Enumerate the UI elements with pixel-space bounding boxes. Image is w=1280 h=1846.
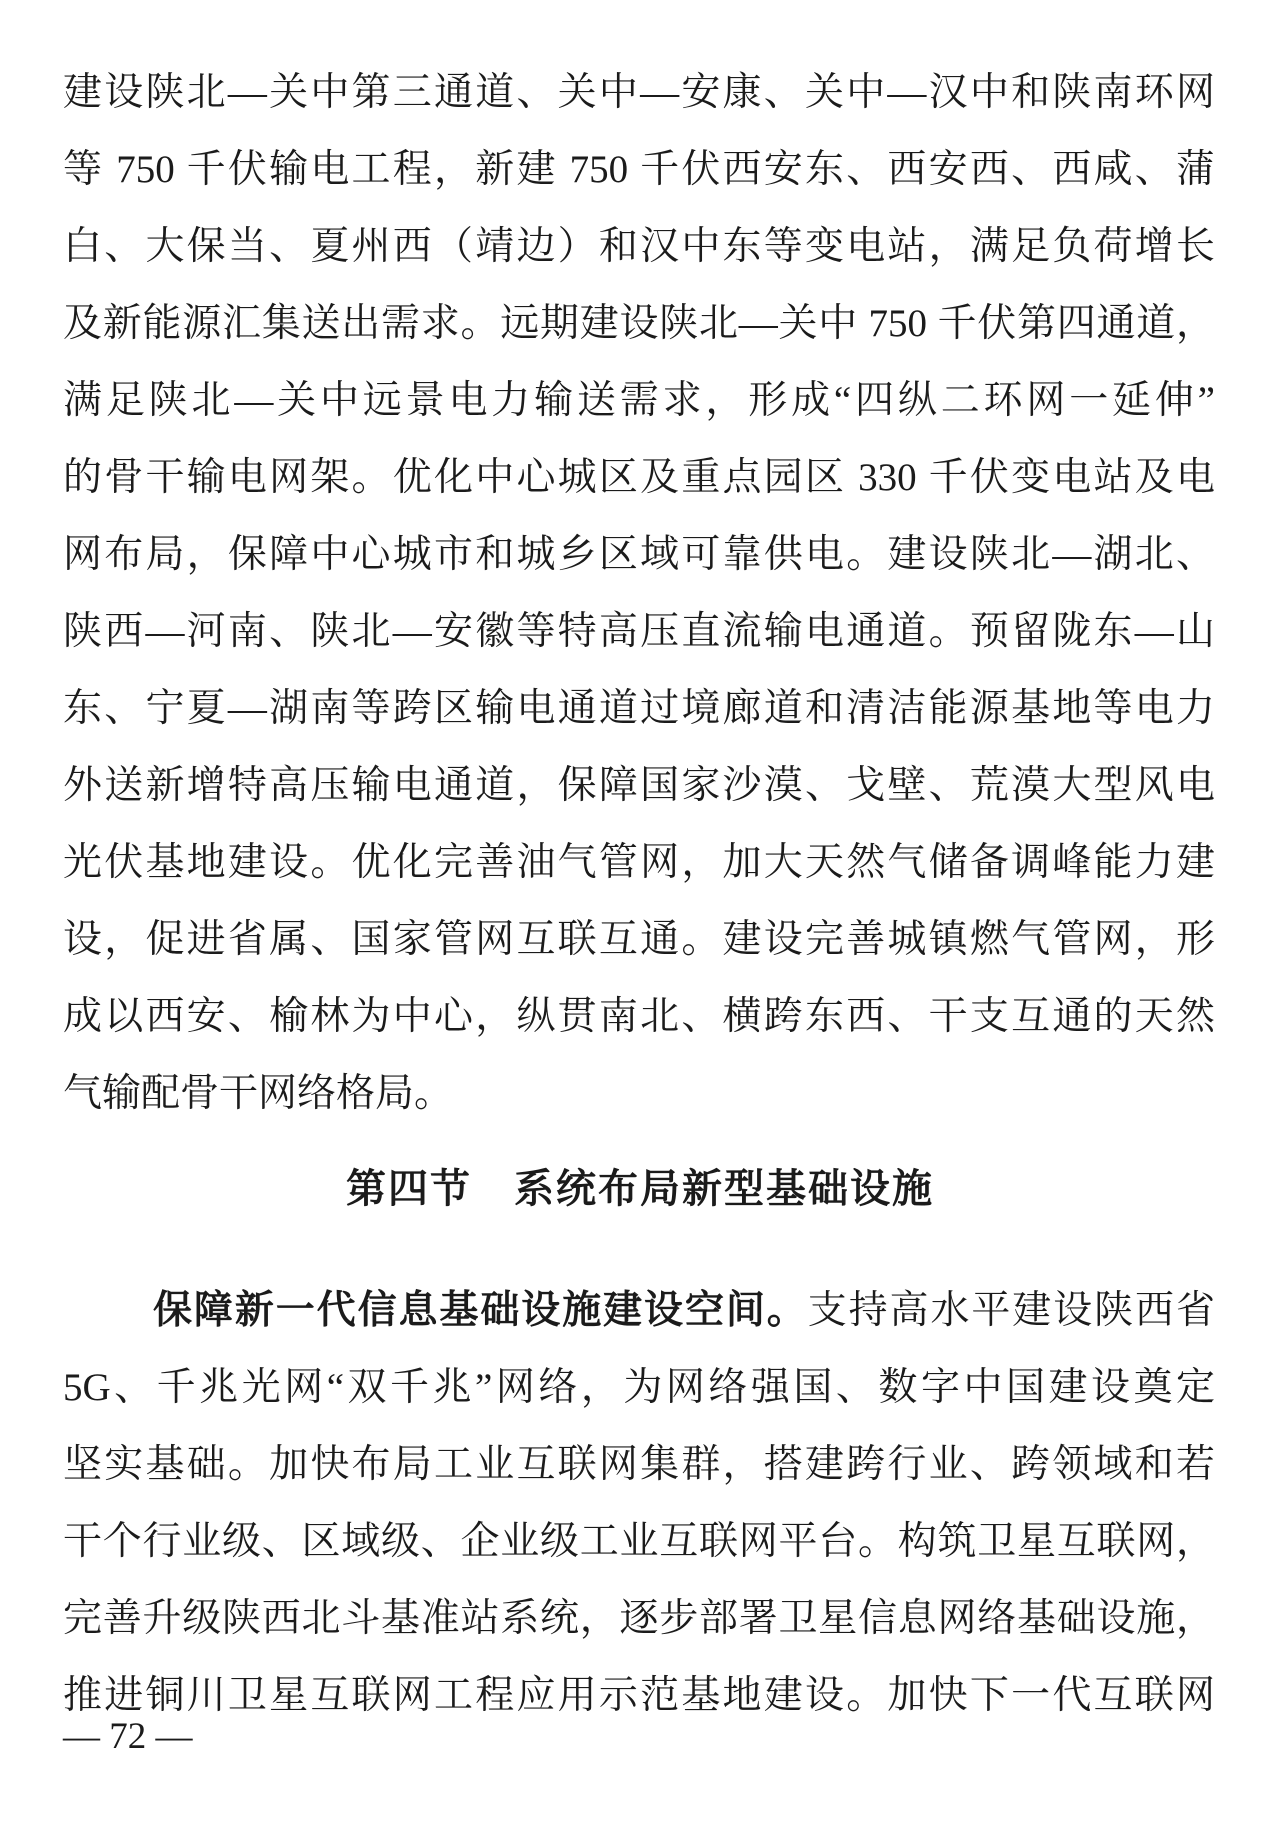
text-line: 完善升级陕西北斗基准站系统，逐步部署卫星信息网络基础设施， bbox=[63, 1580, 1215, 1657]
text-line: 满足陕北—关中远景电力输送需求，形成“四纵二环网一延伸” bbox=[63, 362, 1215, 439]
text-line: 气输配骨干网络格局。 bbox=[63, 1055, 1215, 1132]
page-number: — 72 — bbox=[63, 1714, 193, 1760]
section-heading: 第四节 系统布局新型基础设施 bbox=[0, 1150, 1280, 1227]
text-line: 5G、千兆光网“双千兆”网络，为网络强国、数字中国建设奠定 bbox=[63, 1349, 1215, 1426]
text-line: 等 750 千伏输电工程，新建 750 千伏西安东、西安西、西咸、蒲 bbox=[63, 131, 1215, 208]
paragraph-power-grid: 建设陕北—关中第三通道、关中—安康、关中—汉中和陕南环网 等 750 千伏输电工… bbox=[63, 54, 1215, 1132]
text-line: 白、大保当、夏州西（靖边）和汉中东等变电站，满足负荷增长 bbox=[63, 208, 1215, 285]
text-line: 推进铜川卫星互联网工程应用示范基地建设。加快下一代互联网 bbox=[63, 1657, 1215, 1734]
text-line: 建设陕北—关中第三通道、关中—安康、关中—汉中和陕南环网 bbox=[63, 54, 1215, 131]
text-line: 设，促进省属、国家管网互联互通。建设完善城镇燃气管网，形 bbox=[63, 901, 1215, 978]
text-line: 保障新一代信息基础设施建设空间。支持高水平建设陕西省 bbox=[63, 1272, 1215, 1349]
text-line: 东、宁夏—湖南等跨区输电通道过境廊道和清洁能源基地等电力 bbox=[63, 670, 1215, 747]
text-line: 光伏基地建设。优化完善油气管网，加大天然气储备调峰能力建 bbox=[63, 824, 1215, 901]
text-line: 网布局，保障中心城市和城乡区域可靠供电。建设陕北—湖北、 bbox=[63, 516, 1215, 593]
paragraph-new-infrastructure: 保障新一代信息基础设施建设空间。支持高水平建设陕西省 5G、千兆光网“双千兆”网… bbox=[63, 1272, 1215, 1734]
text-line: 干个行业级、区域级、企业级工业互联网平台。构筑卫星互联网， bbox=[63, 1503, 1215, 1580]
document-page: 建设陕北—关中第三通道、关中—安康、关中—汉中和陕南环网 等 750 千伏输电工… bbox=[0, 0, 1280, 1846]
paragraph-lead-bold: 保障新一代信息基础设施建设空间。 bbox=[153, 1289, 808, 1332]
text-line: 外送新增特高压输电通道，保障国家沙漠、戈壁、荒漠大型风电 bbox=[63, 747, 1215, 824]
paragraph-lead-rest: 支持高水平建设陕西省 bbox=[808, 1289, 1215, 1332]
text-line: 陕西—河南、陕北—安徽等特高压直流输电通道。预留陇东—山 bbox=[63, 593, 1215, 670]
text-line: 坚实基础。加快布局工业互联网集群，搭建跨行业、跨领域和若 bbox=[63, 1426, 1215, 1503]
text-line: 的骨干输电网架。优化中心城区及重点园区 330 千伏变电站及电 bbox=[63, 439, 1215, 516]
text-line: 及新能源汇集送出需求。远期建设陕北—关中 750 千伏第四通道， bbox=[63, 285, 1215, 362]
text-line: 成以西安、榆林为中心，纵贯南北、横跨东西、干支互通的天然 bbox=[63, 978, 1215, 1055]
